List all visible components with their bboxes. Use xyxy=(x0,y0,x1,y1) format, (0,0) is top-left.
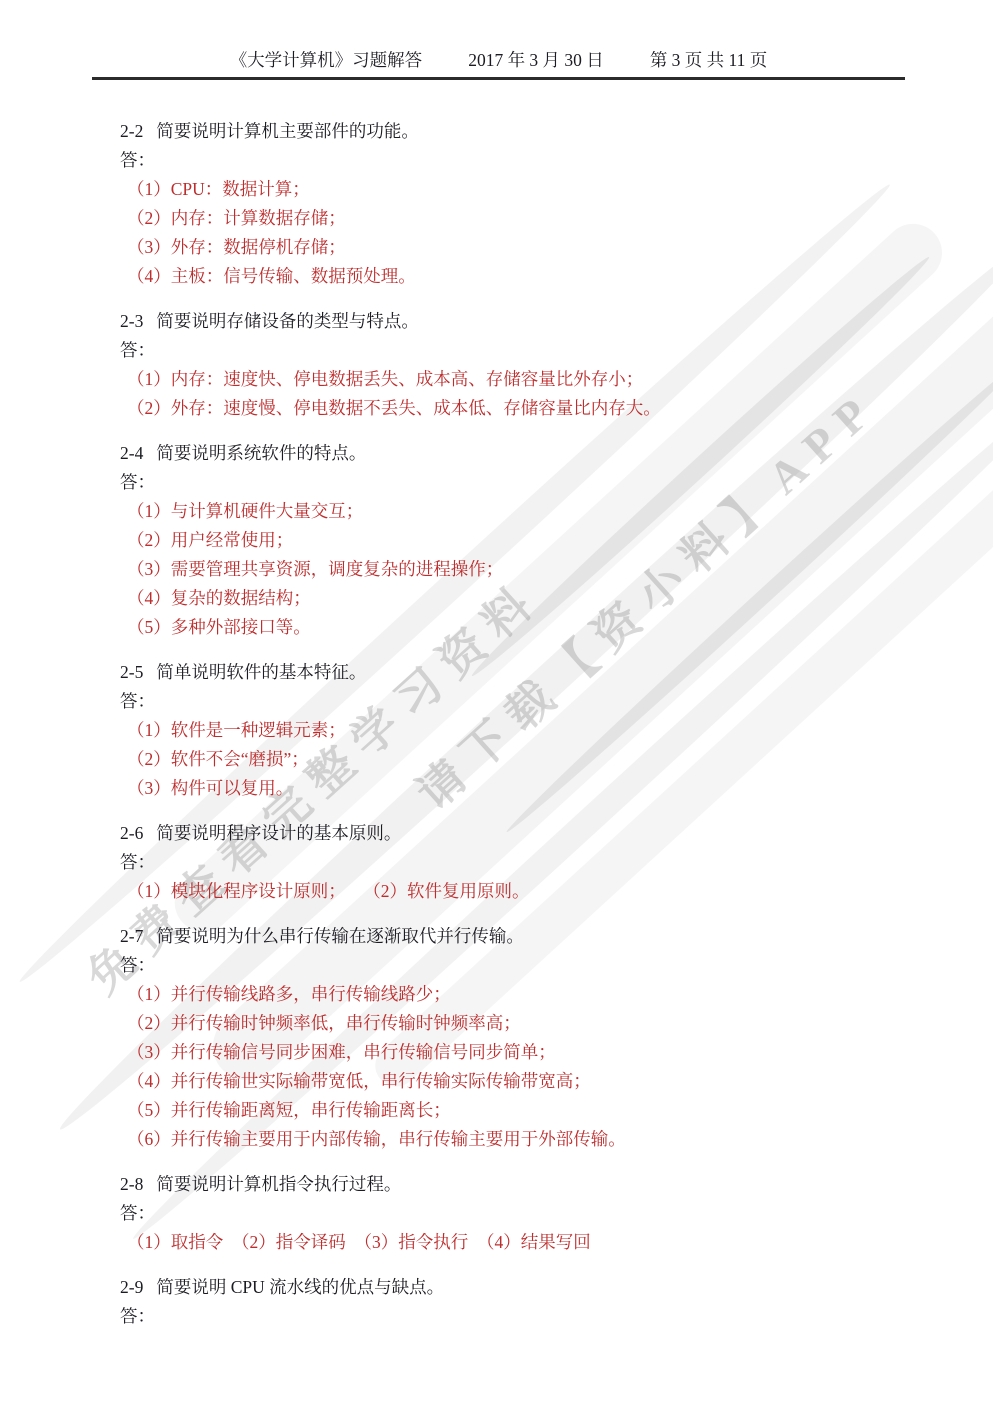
question-line: 2-9简要说明 CPU 流水线的优点与缺点。 xyxy=(120,1273,920,1302)
answer-line: （6）并行传输主要用于内部传输，串行传输主要用于外部传输。 xyxy=(120,1125,920,1154)
document-page: 免费查看完整学习资料 请下载【资小料】APP 《大学计算机》习题解答 2017 … xyxy=(0,0,993,1404)
answer-line: （4）复杂的数据结构； xyxy=(120,584,920,613)
section-2-9: 2-9简要说明 CPU 流水线的优点与缺点。 答： xyxy=(120,1273,920,1331)
answer-line: （4）并行传输世实际输带宽低，串行传输实际传输带宽高； xyxy=(120,1067,920,1096)
question-text: 简单说明软件的基本特征。 xyxy=(156,662,366,682)
answer-line: （3）需要管理共享资源，调度复杂的进程操作； xyxy=(120,555,920,584)
answer-line: （3）构件可以复用。 xyxy=(120,774,920,803)
answer-label: 答： xyxy=(120,336,920,365)
answer-line: （1）内存：速度快、停电数据丢失、成本高、存储容量比外存小； xyxy=(120,365,920,394)
question-number: 2-4 xyxy=(120,439,143,468)
answer-label: 答： xyxy=(120,1199,920,1228)
question-line: 2-8简要说明计算机指令执行过程。 xyxy=(120,1170,920,1199)
answer-label: 答： xyxy=(120,1302,920,1331)
document-content: 2-2简要说明计算机主要部件的功能。 答： （1）CPU：数据计算； （2）内存… xyxy=(120,117,920,1331)
question-text: 简要说明 CPU 流水线的优点与缺点。 xyxy=(156,1277,444,1297)
section-2-2: 2-2简要说明计算机主要部件的功能。 答： （1）CPU：数据计算； （2）内存… xyxy=(120,117,920,291)
question-number: 2-8 xyxy=(120,1170,143,1199)
answer-label: 答： xyxy=(120,468,920,497)
question-line: 2-3简要说明存储设备的类型与特点。 xyxy=(120,307,920,336)
answer-line: （1）CPU：数据计算； xyxy=(120,175,920,204)
question-text: 简要说明存储设备的类型与特点。 xyxy=(156,311,419,331)
question-number: 2-6 xyxy=(120,819,143,848)
header-title: 《大学计算机》习题解答 xyxy=(230,48,423,72)
section-2-8: 2-8简要说明计算机指令执行过程。 答： （1）取指令 （2）指令译码 （3）指… xyxy=(120,1170,920,1257)
question-text: 简要说明计算机主要部件的功能。 xyxy=(156,121,419,141)
question-line: 2-5简单说明软件的基本特征。 xyxy=(120,658,920,687)
question-line: 2-2简要说明计算机主要部件的功能。 xyxy=(120,117,920,146)
question-number: 2-7 xyxy=(120,922,143,951)
answer-line: （2）用户经常使用； xyxy=(120,526,920,555)
answer-line: （2）软件不会“磨损”； xyxy=(120,745,920,774)
section-2-4: 2-4简要说明系统软件的特点。 答： （1）与计算机硬件大量交互； （2）用户经… xyxy=(120,439,920,642)
answer-line: （5）并行传输距离短，串行传输距离长； xyxy=(120,1096,920,1125)
section-2-5: 2-5简单说明软件的基本特征。 答： （1）软件是一种逻辑元素； （2）软件不会… xyxy=(120,658,920,803)
question-text: 简要说明程序设计的基本原则。 xyxy=(156,823,401,843)
answer-line: （1）模块化程序设计原则； （2）软件复用原则。 xyxy=(120,877,920,906)
question-line: 2-4简要说明系统软件的特点。 xyxy=(120,439,920,468)
answer-label: 答： xyxy=(120,687,920,716)
header-rule xyxy=(92,77,905,80)
answer-label: 答： xyxy=(120,951,920,980)
answer-line: （1）与计算机硬件大量交互； xyxy=(120,497,920,526)
answer-line: （5）多种外部接口等。 xyxy=(120,613,920,642)
answer-label: 答： xyxy=(120,848,920,877)
answer-line: （2）内存：计算数据存储； xyxy=(120,204,920,233)
question-line: 2-7简要说明为什么串行传输在逐渐取代并行传输。 xyxy=(120,922,920,951)
question-text: 简要说明计算机指令执行过程。 xyxy=(156,1174,401,1194)
section-2-6: 2-6简要说明程序设计的基本原则。 答： （1）模块化程序设计原则； （2）软件… xyxy=(120,819,920,906)
answer-line: （2）外存：速度慢、停电数据不丢失、成本低、存储容量比内存大。 xyxy=(120,394,920,423)
answer-line: （2）并行传输时钟频率低，串行传输时钟频率高； xyxy=(120,1009,920,1038)
section-2-7: 2-7简要说明为什么串行传输在逐渐取代并行传输。 答： （1）并行传输线路多，串… xyxy=(120,922,920,1154)
question-line: 2-6简要说明程序设计的基本原则。 xyxy=(120,819,920,848)
question-number: 2-3 xyxy=(120,307,143,336)
question-number: 2-2 xyxy=(120,117,143,146)
question-text: 简要说明系统软件的特点。 xyxy=(156,443,366,463)
page-header: 《大学计算机》习题解答 2017 年 3 月 30 日 第 3 页 共 11 页 xyxy=(92,48,905,72)
section-2-3: 2-3简要说明存储设备的类型与特点。 答： （1）内存：速度快、停电数据丢失、成… xyxy=(120,307,920,423)
answer-line: （1）软件是一种逻辑元素； xyxy=(120,716,920,745)
answer-line: （3）并行传输信号同步困难，串行传输信号同步简单； xyxy=(120,1038,920,1067)
header-page-info: 第 3 页 共 11 页 xyxy=(650,48,767,72)
answer-label: 答： xyxy=(120,146,920,175)
header-date: 2017 年 3 月 30 日 xyxy=(468,48,604,72)
question-number: 2-9 xyxy=(120,1273,143,1302)
question-number: 2-5 xyxy=(120,658,143,687)
answer-line: （1）取指令 （2）指令译码 （3）指令执行 （4）结果写回 xyxy=(120,1228,920,1257)
answer-line: （3）外存：数据停机存储； xyxy=(120,233,920,262)
question-text: 简要说明为什么串行传输在逐渐取代并行传输。 xyxy=(156,926,524,946)
answer-line: （4）主板：信号传输、数据预处理。 xyxy=(120,262,920,291)
answer-line: （1）并行传输线路多，串行传输线路少； xyxy=(120,980,920,1009)
